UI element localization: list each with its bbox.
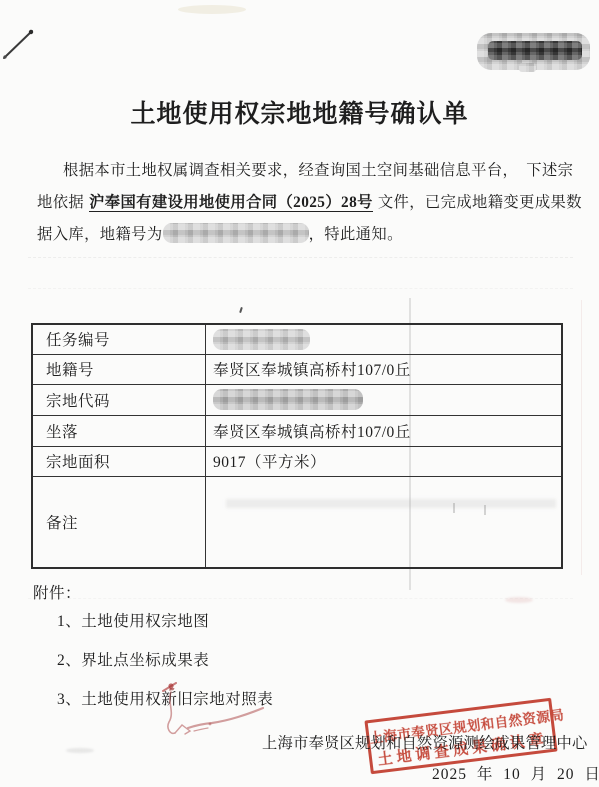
row-value-parcel-code: [206, 384, 563, 415]
pen-slash-mark-icon: [0, 27, 40, 63]
scanned-document-page: 土地使用权宗地地籍号确认单 根据本市土地权属调查相关要求，经查询国土空间基础信息…: [0, 0, 599, 787]
stray-pen-dot: [239, 307, 243, 313]
issue-date: 2025 年 10 月 20 日: [432, 762, 599, 784]
scan-tick-artifact: [484, 505, 486, 515]
scan-noise-line: [28, 288, 573, 289]
attachments-label: 附件：: [33, 581, 81, 603]
table-row: 任务编号: [32, 324, 562, 354]
parcel-info-table: 任务编号 地籍号 奉贤区奉城镇高桥村107/0丘 宗地代码 坐落 奉贤区奉城镇高…: [31, 323, 563, 569]
table-row: 宗地代码: [32, 384, 562, 415]
scan-noise-line: [28, 257, 573, 258]
scan-noise-line: [28, 598, 573, 599]
table-row: 地籍号 奉贤区奉城镇高桥村107/0丘: [32, 354, 562, 384]
document-title: 土地使用权宗地地籍号确认单: [0, 94, 599, 130]
row-value-location: 奉贤区奉城镇高桥村107/0丘: [206, 415, 563, 446]
scan-edge-artifact: [581, 300, 582, 575]
row-value-parcel-area: 9017（平方米）: [206, 446, 563, 476]
scan-smudge: [66, 748, 94, 753]
issuing-org-name: 上海市奉贤区规划和自然资源测绘成果管理中心: [262, 731, 587, 753]
red-pen-scribble: [150, 688, 280, 746]
attachment-item-1: 1、土地使用权宗地图: [57, 609, 209, 631]
row-label-task-number: 任务编号: [32, 324, 206, 354]
scan-smudge: [226, 499, 556, 508]
notice-line-1: 根据本市土地权属调查相关要求，经查询国土空间基础信息平台， 下述宗: [63, 158, 573, 180]
row-value-remarks: [206, 476, 563, 568]
table-row: 备注: [32, 476, 562, 568]
row-label-parcel-area: 宗地面积: [32, 446, 206, 476]
redaction-blur-parcel-code: [213, 389, 363, 410]
row-value-cadastral-number: 奉贤区奉城镇高桥村107/0丘: [206, 354, 563, 384]
notice-line3-pre: 据入库，地籍号为: [37, 226, 163, 243]
notice-line-3: 据入库，地籍号为，特此通知。: [37, 222, 403, 244]
notice-line2-pre: 地依据: [37, 194, 84, 211]
notice-line3-post: ，特此通知。: [309, 226, 403, 243]
row-label-remarks: 备注: [32, 476, 206, 568]
table-row: 坐落 奉贤区奉城镇高桥村107/0丘: [32, 415, 562, 446]
scan-smudge: [178, 5, 246, 14]
notice-line2-post: 文件，已完成地籍变更成果数: [378, 194, 582, 211]
scan-tick-artifact: [453, 503, 455, 513]
scan-smudge: [505, 597, 533, 603]
table-row: 宗地面积 9017（平方米）: [32, 446, 562, 476]
red-ink-speckle: [160, 679, 184, 695]
redaction-blur-task-number: [213, 329, 310, 350]
attachment-item-2: 2、界址点坐标成果表: [57, 648, 209, 670]
row-value-task-number: [206, 324, 563, 354]
redaction-blur-cadastral-no: [163, 223, 309, 243]
row-label-parcel-code: 宗地代码: [32, 384, 206, 415]
notice-line-2: 地依据沪奉国有建设用地使用合同（2025）28号文件，已完成地籍变更成果数: [37, 190, 582, 212]
row-label-location: 坐落: [32, 415, 206, 446]
contract-reference: 沪奉国有建设用地使用合同（2025）28号: [89, 194, 373, 212]
row-label-cadastral-number: 地籍号: [32, 354, 206, 384]
